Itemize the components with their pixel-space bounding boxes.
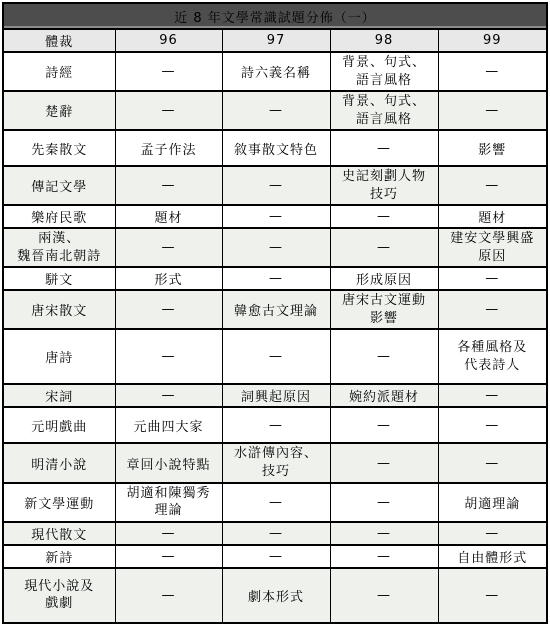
empty-cell: — (115, 91, 222, 130)
empty-cell: — (438, 384, 547, 407)
empty-cell: — (222, 407, 330, 443)
genre-cell: 傳記文學 (3, 166, 115, 205)
topic-cell: 唐宋古文運動 影響 (330, 290, 438, 329)
empty-cell: — (115, 290, 222, 329)
table-row: 唐詩———各種風格及 代表詩人 (3, 329, 547, 384)
topic-cell: 形式 (115, 267, 222, 290)
table-row: 現代散文———— (3, 522, 547, 545)
empty-cell: — (330, 483, 438, 522)
empty-cell: — (438, 166, 547, 205)
genre-cell: 新詩 (3, 545, 115, 568)
table-row: 兩漢、 魏晉南北朝詩———建安文學興盛 原因 (3, 228, 547, 267)
empty-cell: — (438, 568, 547, 623)
empty-cell: — (438, 91, 547, 130)
empty-cell: — (222, 166, 330, 205)
exam-distribution-table: 近 8 年文學常識試題分佈（一） 體裁96979899 詩經—詩六義名稱背景、句… (2, 2, 548, 624)
column-header-96: 96 (115, 29, 222, 52)
topic-cell: 婉約派題材 (330, 384, 438, 407)
table-row: 樂府民歌題材——題材 (3, 205, 547, 228)
empty-cell: — (222, 228, 330, 267)
empty-cell: — (115, 545, 222, 568)
topic-cell: 劇本形式 (222, 568, 330, 623)
empty-cell: — (438, 407, 547, 443)
table-row: 元明戲曲元曲四大家——— (3, 407, 547, 443)
topic-cell: 建安文學興盛 原因 (438, 228, 547, 267)
empty-cell: — (222, 483, 330, 522)
table-row: 唐宋散文—韓愈古文理論唐宋古文運動 影響— (3, 290, 547, 329)
topic-cell: 詞興起原因 (222, 384, 330, 407)
empty-cell: — (115, 166, 222, 205)
column-header-row: 體裁96979899 (3, 29, 547, 52)
topic-cell: 元曲四大家 (115, 407, 222, 443)
table-body: 詩經—詩六義名稱背景、句式、 語言風格—楚辭——背景、句式、 語言風格—先秦散文… (3, 52, 547, 623)
topic-cell: 孟子作法 (115, 130, 222, 166)
genre-cell: 先秦散文 (3, 130, 115, 166)
topic-cell: 敘事散文特色 (222, 130, 330, 166)
empty-cell: — (330, 205, 438, 228)
table-row: 詩經—詩六義名稱背景、句式、 語言風格— (3, 52, 547, 91)
table-row: 駢文形式—形成原因— (3, 267, 547, 290)
genre-cell: 唐詩 (3, 329, 115, 384)
empty-cell: — (115, 52, 222, 91)
table-row: 新文學運動胡適和陳獨秀 理論——胡適理論 (3, 483, 547, 522)
topic-cell: 胡適和陳獨秀 理論 (115, 483, 222, 522)
empty-cell: — (222, 522, 330, 545)
empty-cell: — (222, 329, 330, 384)
empty-cell: — (438, 290, 547, 329)
empty-cell: — (330, 407, 438, 443)
empty-cell: — (438, 267, 547, 290)
column-header-99: 99 (438, 29, 547, 52)
empty-cell: — (115, 228, 222, 267)
empty-cell: — (330, 568, 438, 623)
empty-cell: — (222, 545, 330, 568)
genre-cell: 現代散文 (3, 522, 115, 545)
topic-cell: 各種風格及 代表詩人 (438, 329, 547, 384)
empty-cell: — (438, 443, 547, 482)
topic-cell: 題材 (115, 205, 222, 228)
topic-cell: 形成原因 (330, 267, 438, 290)
empty-cell: — (330, 545, 438, 568)
literature-exam-distribution-page: 近 8 年文學常識試題分佈（一） 體裁96979899 詩經—詩六義名稱背景、句… (0, 0, 550, 618)
table-row: 楚辭——背景、句式、 語言風格— (3, 91, 547, 130)
genre-cell: 詩經 (3, 52, 115, 91)
table-row: 現代小說及 戲劇—劇本形式—— (3, 568, 547, 623)
empty-cell: — (330, 443, 438, 482)
topic-cell: 史記刻劃人物 技巧 (330, 166, 438, 205)
genre-cell: 現代小說及 戲劇 (3, 568, 115, 623)
topic-cell: 題材 (438, 205, 547, 228)
genre-cell: 宋詞 (3, 384, 115, 407)
empty-cell: — (115, 329, 222, 384)
empty-cell: — (222, 267, 330, 290)
genre-cell: 新文學運動 (3, 483, 115, 522)
empty-cell: — (438, 522, 547, 545)
table-row: 明清小說章回小說特點水滸傳內容、 技巧—— (3, 443, 547, 482)
topic-cell: 自由體形式 (438, 545, 547, 568)
genre-cell: 明清小說 (3, 443, 115, 482)
table-row: 傳記文學——史記刻劃人物 技巧— (3, 166, 547, 205)
topic-cell: 胡適理論 (438, 483, 547, 522)
topic-cell: 章回小說特點 (115, 443, 222, 482)
table-row: 先秦散文孟子作法敘事散文特色—影響 (3, 130, 547, 166)
table-row: 新詩———自由體形式 (3, 545, 547, 568)
empty-cell: — (438, 52, 547, 91)
empty-cell: — (330, 228, 438, 267)
genre-cell: 唐宋散文 (3, 290, 115, 329)
empty-cell: — (222, 205, 330, 228)
genre-cell: 兩漢、 魏晉南北朝詩 (3, 228, 115, 267)
genre-cell: 樂府民歌 (3, 205, 115, 228)
empty-cell: — (115, 522, 222, 545)
empty-cell: — (330, 522, 438, 545)
topic-cell: 背景、句式、 語言風格 (330, 91, 438, 130)
column-header-97: 97 (222, 29, 330, 52)
topic-cell: 韓愈古文理論 (222, 290, 330, 329)
empty-cell: — (330, 329, 438, 384)
empty-cell: — (330, 130, 438, 166)
topic-cell: 背景、句式、 語言風格 (330, 52, 438, 91)
topic-cell: 詩六義名稱 (222, 52, 330, 91)
column-header-98: 98 (330, 29, 438, 52)
genre-cell: 楚辭 (3, 91, 115, 130)
page-title: 近 8 年文學常識試題分佈（一） (3, 3, 547, 29)
topic-cell: 水滸傳內容、 技巧 (222, 443, 330, 482)
empty-cell: — (115, 384, 222, 407)
table-row: 宋詞—詞興起原因婉約派題材— (3, 384, 547, 407)
empty-cell: — (222, 91, 330, 130)
genre-cell: 駢文 (3, 267, 115, 290)
genre-cell: 元明戲曲 (3, 407, 115, 443)
column-header-genre: 體裁 (3, 29, 115, 52)
title-row: 近 8 年文學常識試題分佈（一） (3, 3, 547, 29)
empty-cell: — (115, 568, 222, 623)
topic-cell: 影響 (438, 130, 547, 166)
